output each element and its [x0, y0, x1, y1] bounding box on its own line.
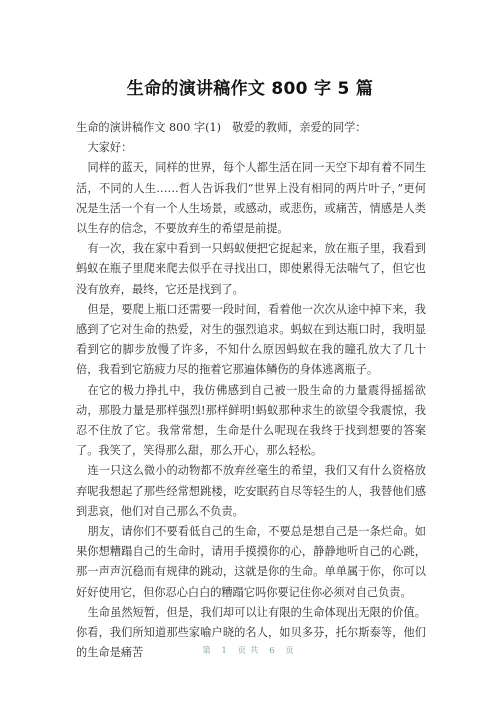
- paragraph: 连一只这么微小的动物都不放弃丝毫生的希望，我们又有什么资格放弃呢我想起了那些经常…: [76, 461, 426, 522]
- document-body: 生命的演讲稿作文 800 字(1) 敬爱的教师，亲爱的同学： 大家好： 同样的蓝…: [76, 118, 426, 663]
- document-title: 生命的演讲稿作文 800 字 5 篇: [0, 74, 500, 99]
- document-page: 生命的演讲稿作文 800 字 5 篇 生命的演讲稿作文 800 字(1) 敬爱的…: [0, 0, 500, 707]
- paragraph: 朋友，请你们不要看低自己的生命，不要总是想自己是一条烂命。如果你想糟蹋自己的生命…: [76, 522, 426, 603]
- page-number-footer: 第 1 页共 6 页: [0, 644, 500, 656]
- paragraph: 同样的蓝天，同样的世界，每个人都生活在同一天空下却有着不同生活，不同的人生……哲…: [76, 158, 426, 239]
- paragraph: 有一次，我在家中看到一只蚂蚁便把它捉起来，放在瓶子里，我看到蚂蚁在瓶子里爬来爬去…: [76, 239, 426, 300]
- paragraph: 在它的极力挣扎中，我仿佛感到自己被一股生命的力量震得摇摇欲动，那股力量是那样强烈…: [76, 381, 426, 462]
- paragraph-greeting: 大家好：: [76, 138, 426, 158]
- paragraph-heading: 生命的演讲稿作文 800 字(1) 敬爱的教师，亲爱的同学：: [76, 118, 426, 138]
- paragraph: 但是，要爬上瓶口还需要一段时间，看着他一次次从途中掉下来，我感到了它对生命的热爱…: [76, 300, 426, 381]
